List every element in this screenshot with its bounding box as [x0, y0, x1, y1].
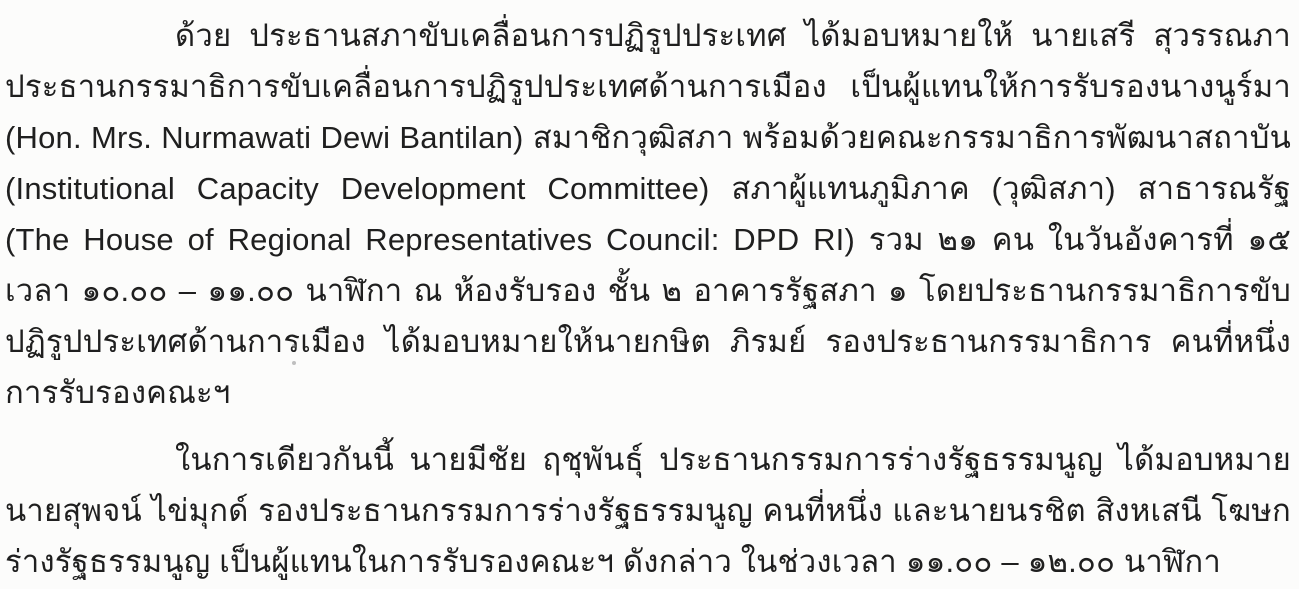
- text-line: (The House of Regional Representatives C…: [5, 214, 1291, 265]
- scan-artifact: [292, 344, 296, 348]
- text-line: ในการเดียวกันนี้ นายมีชัย ฤชุพันธุ์ ประธ…: [5, 434, 1291, 485]
- text-line: (Hon. Mrs. Nurmawati Dewi Bantilan) สมาช…: [5, 112, 1291, 163]
- text-line: ร่างรัฐธรรมนูญ เป็นผู้แทนในการรับรองคณะฯ…: [5, 536, 1291, 587]
- text-line: ปฏิรูปประเทศด้านการเมือง ได้มอบหมายให้นา…: [5, 316, 1291, 367]
- text-line: การรับรองคณะฯ: [5, 367, 1291, 418]
- text-line: เวลา ๑๐.๐๐ – ๑๑.๐๐ นาฬิกา ณ ห้องรับรอง ช…: [5, 265, 1291, 316]
- text-line: นายสุพจน์ ไข่มุกด์ รองประธานกรรมการร่างร…: [5, 485, 1291, 536]
- text-line: ประธานกรรมาธิการขับเคลื่อนการปฏิรูปประเท…: [5, 61, 1291, 112]
- text-line: (Institutional Capacity Development Comm…: [5, 163, 1291, 214]
- text-line: ด้วย ประธานสภาขับเคลื่อนการปฏิรูปประเทศ …: [5, 10, 1291, 61]
- paragraph-1: ด้วย ประธานสภาขับเคลื่อนการปฏิรูปประเทศ …: [5, 10, 1291, 418]
- document-page: ด้วย ประธานสภาขับเคลื่อนการปฏิรูปประเทศ …: [0, 0, 1299, 589]
- paragraph-2: ในการเดียวกันนี้ นายมีชัย ฤชุพันธุ์ ประธ…: [5, 434, 1291, 587]
